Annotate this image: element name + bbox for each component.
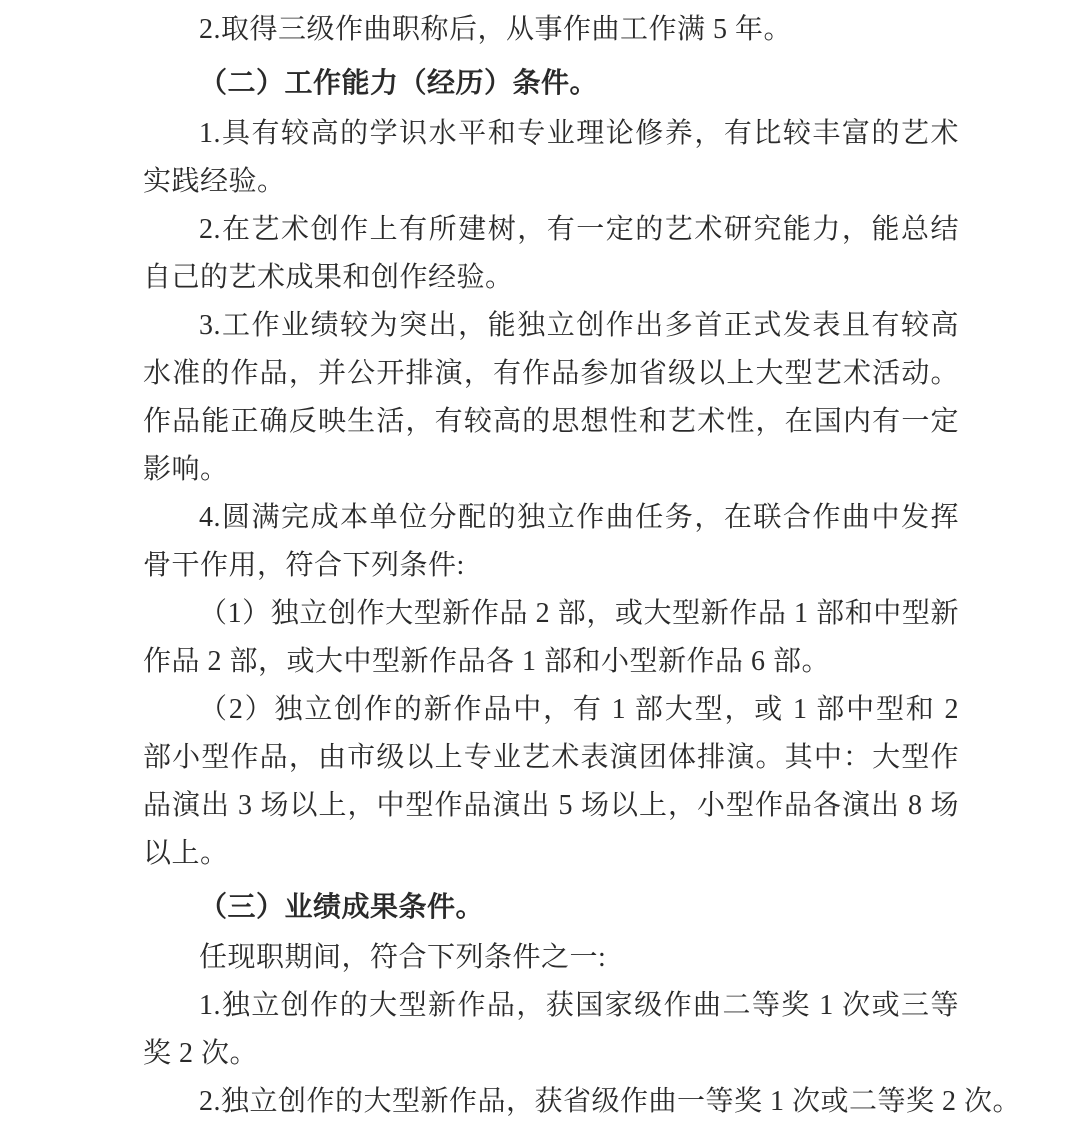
document-page: 2.取得三级作曲职称后，从事作曲工作满 5 年。（二）工作能力（经历）条件。1.… [0,0,1080,1128]
text-line: 作品 2 部，或大中型新作品各 1 部和小型新作品 6 部。 [143,638,959,686]
text-line: 2.独立创作的大型新作品，获省级作曲一等奖 1 次或二等奖 2 次。 [143,1078,959,1126]
text-line: 1.独立创作的大型新作品，获国家级作曲二等奖 1 次或三等 [143,982,959,1030]
text-line: 骨干作用，符合下列条件: [143,542,959,590]
text-line: （1）独立创作大型新作品 2 部，或大型新作品 1 部和中型新 [143,590,959,638]
text-line: 自己的艺术成果和创作经验。 [143,254,959,302]
text-line: 4.圆满完成本单位分配的独立作曲任务，在联合作曲中发挥 [143,494,959,542]
section-heading: （三）业绩成果条件。 [143,884,959,932]
text-line: 实践经验。 [143,158,959,206]
text-line: 以上。 [143,830,959,878]
section-heading: （二）工作能力（经历）条件。 [143,60,959,108]
document-body: 2.取得三级作曲职称后，从事作曲工作满 5 年。（二）工作能力（经历）条件。1.… [143,0,959,1126]
text-line: 2.在艺术创作上有所建树，有一定的艺术研究能力，能总结 [143,206,959,254]
text-line: 部小型作品，由市级以上专业艺术表演团体排演。其中：大型作 [143,734,959,782]
text-line: 作品能正确反映生活，有较高的思想性和艺术性，在国内有一定 [143,398,959,446]
text-line: 1.具有较高的学识水平和专业理论修养，有比较丰富的艺术 [143,110,959,158]
text-line: 品演出 3 场以上，中型作品演出 5 场以上，小型作品各演出 8 场 [143,782,959,830]
text-line: 3.工作业绩较为突出，能独立创作出多首正式发表且有较高 [143,302,959,350]
text-line: 影响。 [143,446,959,494]
text-line: （2）独立创作的新作品中，有 1 部大型，或 1 部中型和 2 [143,686,959,734]
text-line: 奖 2 次。 [143,1030,959,1078]
text-line: 水准的作品，并公开排演，有作品参加省级以上大型艺术活动。 [143,350,959,398]
text-line: 任现职期间，符合下列条件之一: [143,934,959,982]
text-line: 2.取得三级作曲职称后，从事作曲工作满 5 年。 [143,6,959,54]
